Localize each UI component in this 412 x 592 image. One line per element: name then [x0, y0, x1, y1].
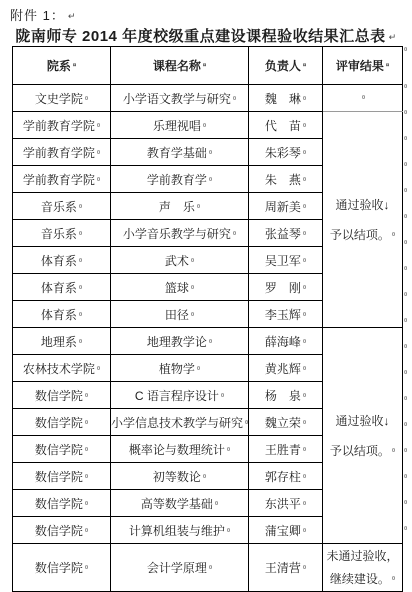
leader-cell: 代 苗¤: [249, 112, 323, 139]
dept-cell: 体育系¤: [13, 301, 111, 328]
table-row: 数信学院¤ 会计学原理¤ 王清营¤ 未通过验收， 继续建设。¤: [13, 544, 403, 592]
course-cell: 计算机组装与维护¤: [111, 517, 249, 544]
leader-cell: 吴卫军¤: [249, 247, 323, 274]
cell-end-mark: ¤: [85, 393, 88, 399]
result-line: 予以结项。¤: [323, 228, 402, 242]
cell-end-mark: ¤: [97, 366, 100, 372]
course-cell: 声 乐¤: [111, 193, 249, 220]
cell-end-mark: ¤: [303, 474, 306, 480]
cell-end-mark: ¤: [79, 258, 82, 264]
cell-end-mark: ¤: [191, 258, 194, 264]
table-row: 地理系¤ 地理教学论¤ 薛海峰¤ 通过验收↓ 予以结项。¤: [13, 328, 403, 355]
cell-end-mark: ¤: [97, 177, 100, 183]
row-end-mark: ¤: [404, 109, 407, 135]
page-title: 陇南师专 2014 年度校级重点建设课程验收结果汇总表↵: [0, 25, 412, 46]
cell-end-mark: ¤: [85, 447, 88, 453]
course-cell: C 语言程序设计¤: [111, 382, 249, 409]
leader-cell: 魏 琳¤: [249, 85, 323, 112]
cell-end-mark: ¤: [85, 565, 88, 571]
course-cell: 田径¤: [111, 301, 249, 328]
cell-end-mark: ¤: [303, 204, 306, 210]
cell-end-mark: ¤: [97, 150, 100, 156]
cell-end-mark: ¤: [303, 150, 306, 156]
course-cell: 初等数论¤: [111, 463, 249, 490]
cell-end-mark: ¤: [73, 63, 76, 69]
cell-end-mark: ¤: [245, 420, 248, 426]
cell-end-mark: ¤: [303, 123, 306, 129]
cell-end-mark: ¤: [197, 204, 200, 210]
cell-end-mark: ¤: [79, 204, 82, 210]
cell-end-mark: ¤: [303, 501, 306, 507]
cell-end-mark: ¤: [209, 150, 212, 156]
cell-end-mark: ¤: [303, 565, 306, 571]
row-end-mark: ¤: [404, 395, 407, 421]
dept-cell: 学前教育学院¤: [13, 112, 111, 139]
row-end-mark: ¤: [404, 499, 407, 525]
cell-end-mark: ¤: [85, 420, 88, 426]
page-title-text: 陇南师专 2014 年度校级重点建设课程验收结果汇总表: [15, 28, 385, 45]
dept-cell: 数信学院¤: [13, 544, 111, 592]
row-end-marks: ¤ ¤ ¤ ¤ ¤ ¤ ¤ ¤ ¤ ¤ ¤ ¤ ¤ ¤ ¤ ¤ ¤ ¤ ¤: [404, 46, 407, 572]
cell-end-mark: ¤: [221, 393, 224, 399]
result-line: 予以结项。¤: [323, 444, 402, 458]
row-end-mark: ¤: [404, 213, 407, 239]
results-table: 院系¤ 课程名称¤ 负责人¤ 评审结果¤ 文史学院¤ 小学语文教学与研究¤ 魏 …: [12, 46, 403, 592]
result-line: 继续建设。¤: [323, 572, 402, 586]
cell-end-mark: ¤: [79, 312, 82, 318]
attachment-text: 附件 1：: [10, 8, 65, 23]
row-end-mark: ¤: [404, 46, 407, 83]
dept-cell: 文史学院¤: [13, 85, 111, 112]
row-end-mark: ¤: [404, 317, 407, 343]
cell-end-mark: ¤: [85, 528, 88, 534]
cell-end-mark: ¤: [392, 448, 395, 454]
leader-cell: 王胜青¤: [249, 436, 323, 463]
cell-end-mark: ¤: [215, 501, 218, 507]
row-end-mark: ¤: [404, 473, 407, 499]
paragraph-mark-icon: ↵: [68, 11, 77, 21]
course-cell: 小学音乐教学与研究¤: [111, 220, 249, 247]
leader-cell: 朱 燕¤: [249, 166, 323, 193]
cell-end-mark: ¤: [392, 576, 395, 582]
row-end-mark: ¤: [404, 83, 407, 109]
course-cell: 教育学基础¤: [111, 139, 249, 166]
dept-cell: 音乐系¤: [13, 220, 111, 247]
result-cell-empty: ¤: [323, 85, 403, 112]
leader-cell: 朱彩琴¤: [249, 139, 323, 166]
course-cell: 小学语文教学与研究¤: [111, 85, 249, 112]
result-line: 通过验收↓: [323, 414, 402, 428]
table-row: 文史学院¤ 小学语文教学与研究¤ 魏 琳¤ ¤: [13, 85, 403, 112]
leader-cell: 东洪平¤: [249, 490, 323, 517]
cell-end-mark: ¤: [79, 339, 82, 345]
dept-cell: 体育系¤: [13, 247, 111, 274]
cell-end-mark: ¤: [227, 528, 230, 534]
cell-end-mark: ¤: [386, 63, 389, 69]
cell-end-mark: ¤: [85, 96, 88, 102]
dept-cell: 学前教育学院¤: [13, 139, 111, 166]
cell-end-mark: ¤: [209, 339, 212, 345]
header-row: 院系¤ 课程名称¤ 负责人¤ 评审结果¤: [13, 47, 403, 85]
row-end-mark: ¤: [404, 161, 407, 187]
cell-end-mark: ¤: [303, 285, 306, 291]
leader-cell: 张益琴¤: [249, 220, 323, 247]
cell-end-mark: ¤: [85, 501, 88, 507]
cell-end-mark: ¤: [362, 95, 365, 101]
course-cell: 会计学原理¤: [111, 544, 249, 592]
cell-end-mark: ¤: [97, 123, 100, 129]
row-end-mark: ¤: [404, 239, 407, 265]
cell-end-mark: ¤: [209, 565, 212, 571]
dept-cell: 音乐系¤: [13, 193, 111, 220]
table-row: 学前教育学院¤ 乐理视唱¤ 代 苗¤ 通过验收↓ 予以结项。¤: [13, 112, 403, 139]
header-course: 课程名称¤: [111, 47, 249, 85]
cell-end-mark: ¤: [303, 312, 306, 318]
leader-cell: 杨 泉¤: [249, 382, 323, 409]
result-line: 未通过验收，: [323, 549, 402, 563]
result-cell-pass-1: 通过验收↓ 予以结项。¤: [323, 112, 403, 328]
paragraph-mark-icon: ↵: [389, 32, 397, 42]
cell-end-mark: ¤: [303, 177, 306, 183]
row-end-mark: ¤: [404, 187, 407, 213]
cell-end-mark: ¤: [303, 231, 306, 237]
dept-cell: 农林技术学院¤: [13, 355, 111, 382]
course-cell: 高等数学基础¤: [111, 490, 249, 517]
course-cell: 乐理视唱¤: [111, 112, 249, 139]
cell-end-mark: ¤: [203, 63, 206, 69]
header-leader: 负责人¤: [249, 47, 323, 85]
cell-end-mark: ¤: [209, 177, 212, 183]
dept-cell: 学前教育学院¤: [13, 166, 111, 193]
header-result: 评审结果¤: [323, 47, 403, 85]
cell-end-mark: ¤: [191, 285, 194, 291]
leader-cell: 李玉辉¤: [249, 301, 323, 328]
row-end-mark: ¤: [404, 369, 407, 395]
course-cell: 武术¤: [111, 247, 249, 274]
course-cell: 小学信息技术教学与研究¤: [111, 409, 249, 436]
leader-cell: 魏立荣¤: [249, 409, 323, 436]
cell-end-mark: ¤: [233, 231, 236, 237]
cell-end-mark: ¤: [303, 258, 306, 264]
cell-end-mark: ¤: [227, 447, 230, 453]
cell-end-mark: ¤: [203, 123, 206, 129]
dept-cell: 数信学院¤: [13, 436, 111, 463]
dept-cell: 数信学院¤: [13, 409, 111, 436]
leader-cell: 薛海峰¤: [249, 328, 323, 355]
row-end-mark: ¤: [404, 421, 407, 447]
header-dept: 院系¤: [13, 47, 111, 85]
leader-cell: 蒲宝卿¤: [249, 517, 323, 544]
leader-cell: 王清营¤: [249, 544, 323, 592]
cell-end-mark: ¤: [303, 420, 306, 426]
row-end-mark: ¤: [404, 291, 407, 317]
course-cell: 植物学¤: [111, 355, 249, 382]
dept-cell: 数信学院¤: [13, 517, 111, 544]
row-end-mark: ¤: [404, 265, 407, 291]
cell-end-mark: ¤: [303, 366, 306, 372]
row-end-mark: ¤: [404, 135, 407, 161]
row-end-mark: ¤: [404, 447, 407, 473]
cell-end-mark: ¤: [85, 474, 88, 480]
cell-end-mark: ¤: [79, 231, 82, 237]
dept-cell: 数信学院¤: [13, 463, 111, 490]
dept-cell: 地理系¤: [13, 328, 111, 355]
results-table-wrapper: 院系¤ 课程名称¤ 负责人¤ 评审结果¤ 文史学院¤ 小学语文教学与研究¤ 魏 …: [12, 46, 403, 592]
cell-end-mark: ¤: [303, 339, 306, 345]
cell-end-mark: ¤: [392, 232, 395, 238]
result-cell-fail: 未通过验收， 继续建设。¤: [323, 544, 403, 592]
row-end-mark: ¤: [404, 525, 407, 572]
cell-end-mark: ¤: [191, 312, 194, 318]
attachment-label: 附件 1：↵: [10, 5, 76, 24]
course-cell: 概率论与数理统计¤: [111, 436, 249, 463]
dept-cell: 数信学院¤: [13, 490, 111, 517]
leader-cell: 周新美¤: [249, 193, 323, 220]
cell-end-mark: ¤: [303, 63, 306, 69]
cell-end-mark: ¤: [303, 393, 306, 399]
course-cell: 地理教学论¤: [111, 328, 249, 355]
result-line: 通过验收↓: [323, 198, 402, 212]
row-end-mark: ¤: [404, 343, 407, 369]
cell-end-mark: ¤: [203, 474, 206, 480]
cell-end-mark: ¤: [303, 96, 306, 102]
course-cell: 篮球¤: [111, 274, 249, 301]
course-cell: 学前教育学¤: [111, 166, 249, 193]
cell-end-mark: ¤: [303, 528, 306, 534]
cell-end-mark: ¤: [197, 366, 200, 372]
leader-cell: 黄兆辉¤: [249, 355, 323, 382]
dept-cell: 数信学院¤: [13, 382, 111, 409]
cell-end-mark: ¤: [233, 96, 236, 102]
dept-cell: 体育系¤: [13, 274, 111, 301]
result-cell-pass-2: 通过验收↓ 予以结项。¤: [323, 328, 403, 544]
cell-end-mark: ¤: [303, 447, 306, 453]
cell-end-mark: ¤: [79, 285, 82, 291]
leader-cell: 罗 刚¤: [249, 274, 323, 301]
leader-cell: 郭存柱¤: [249, 463, 323, 490]
